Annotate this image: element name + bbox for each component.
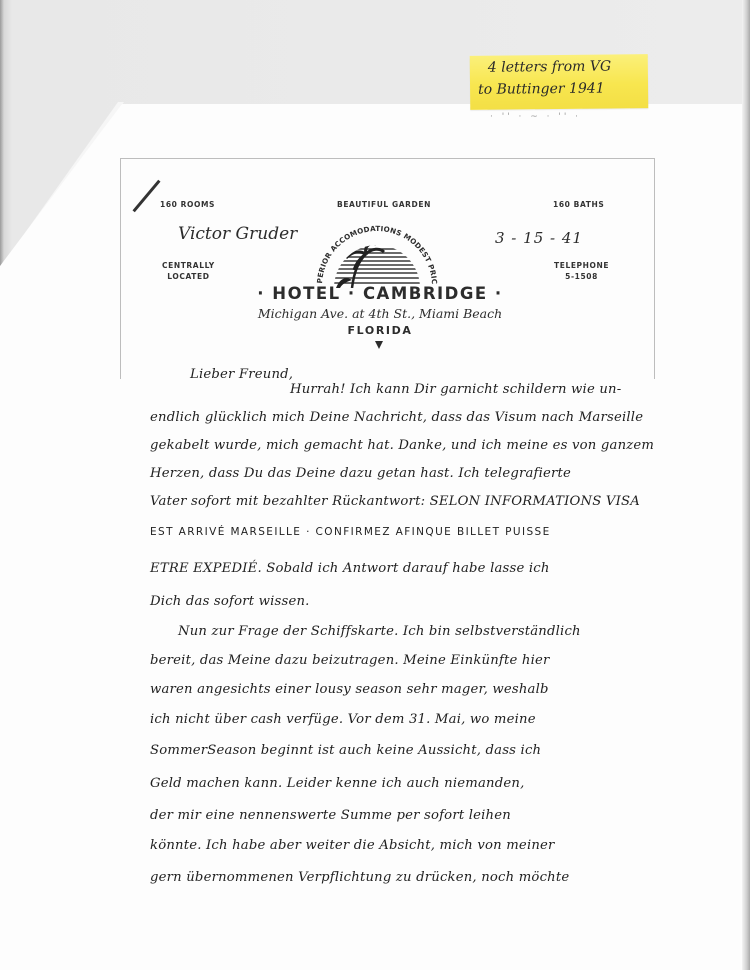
- telephone-label: TELEPHONE: [554, 260, 609, 271]
- letter-line: könnte. Ich habe aber weiter die Absicht…: [150, 838, 555, 853]
- letterhead-baths: 160 BATHS: [553, 200, 604, 209]
- letterhead-rooms: 160 ROOMS: [160, 200, 215, 209]
- letter-line: EST ARRIVÉ MARSEILLE · CONFIRMEZ AFINQUE…: [150, 526, 551, 538]
- hotel-address: Michigan Ave. at 4th St., Miami Beach: [250, 306, 510, 321]
- letter-line: Hurrah! Ich kann Dir garnicht schildern …: [290, 382, 621, 397]
- down-triangle-icon: [375, 341, 383, 349]
- sticky-note-line-1: 4 letters from VG: [488, 58, 611, 75]
- letter-line: Nun zur Frage der Schiffskarte. Ich bin …: [178, 624, 581, 639]
- letter-line: der mir eine nennenswerte Summe per sofo…: [150, 808, 511, 823]
- sender-name: Victor Gruder: [178, 224, 297, 244]
- location-line-1: CENTRALLY: [162, 260, 215, 271]
- letterhead-telephone: TELEPHONE 5-1508: [554, 260, 609, 282]
- hotel-state: FLORIDA: [300, 324, 460, 337]
- letter-line: ETRE EXPEDIÉ. Sobald ich Antwort darauf …: [150, 561, 550, 576]
- letter-line: waren angesichts einer lousy season sehr…: [150, 682, 549, 697]
- letter-line: Dich das sofort wissen.: [150, 594, 310, 609]
- letter-line: endlich glücklich mich Deine Nachricht, …: [150, 410, 643, 425]
- letter-salutation: Lieber Freund,: [190, 367, 293, 382]
- scanner-edge: [742, 0, 750, 970]
- sticky-note-line-2: to Buttinger 1941: [478, 81, 605, 98]
- telephone-number: 5-1508: [554, 271, 609, 282]
- letter-line: ich nicht über cash verfüge. Vor dem 31.…: [150, 712, 536, 727]
- sunset-sea-icon: [332, 243, 422, 289]
- hotel-name: · HOTEL · CAMBRIDGE ·: [225, 284, 535, 303]
- letter-date: 3 - 15 - 41: [495, 229, 583, 247]
- bleed-through-marks: · '' · ~ · '' ·: [490, 112, 581, 122]
- letter-page: [0, 0, 744, 970]
- hotel-seal-emblem: ·SUPERIOR ACCOMODATIONS MODEST PRICES·: [306, 212, 448, 292]
- letterhead-garden: BEAUTIFUL GARDEN: [337, 200, 431, 209]
- letter-line: Geld machen kann. Leider kenne ich auch …: [150, 776, 524, 791]
- letterhead-location: CENTRALLY LOCATED: [162, 260, 215, 282]
- location-line-2: LOCATED: [162, 271, 215, 282]
- letter-line: bereit, das Meine dazu beizutragen. Mein…: [150, 653, 550, 668]
- letter-line: Vater sofort mit bezahlter Rückantwort: …: [150, 494, 640, 509]
- letter-line: Herzen, dass Du das Deine dazu getan has…: [150, 466, 571, 481]
- letter-line: gern übernommenen Verpflichtung zu drück…: [150, 870, 569, 885]
- sticky-note: 4 letters from VG to Buttinger 1941: [470, 54, 649, 110]
- letter-line: gekabelt wurde, mich gemacht hat. Danke,…: [150, 438, 654, 453]
- letter-line: SommerSeason beginnt ist auch keine Auss…: [150, 743, 541, 758]
